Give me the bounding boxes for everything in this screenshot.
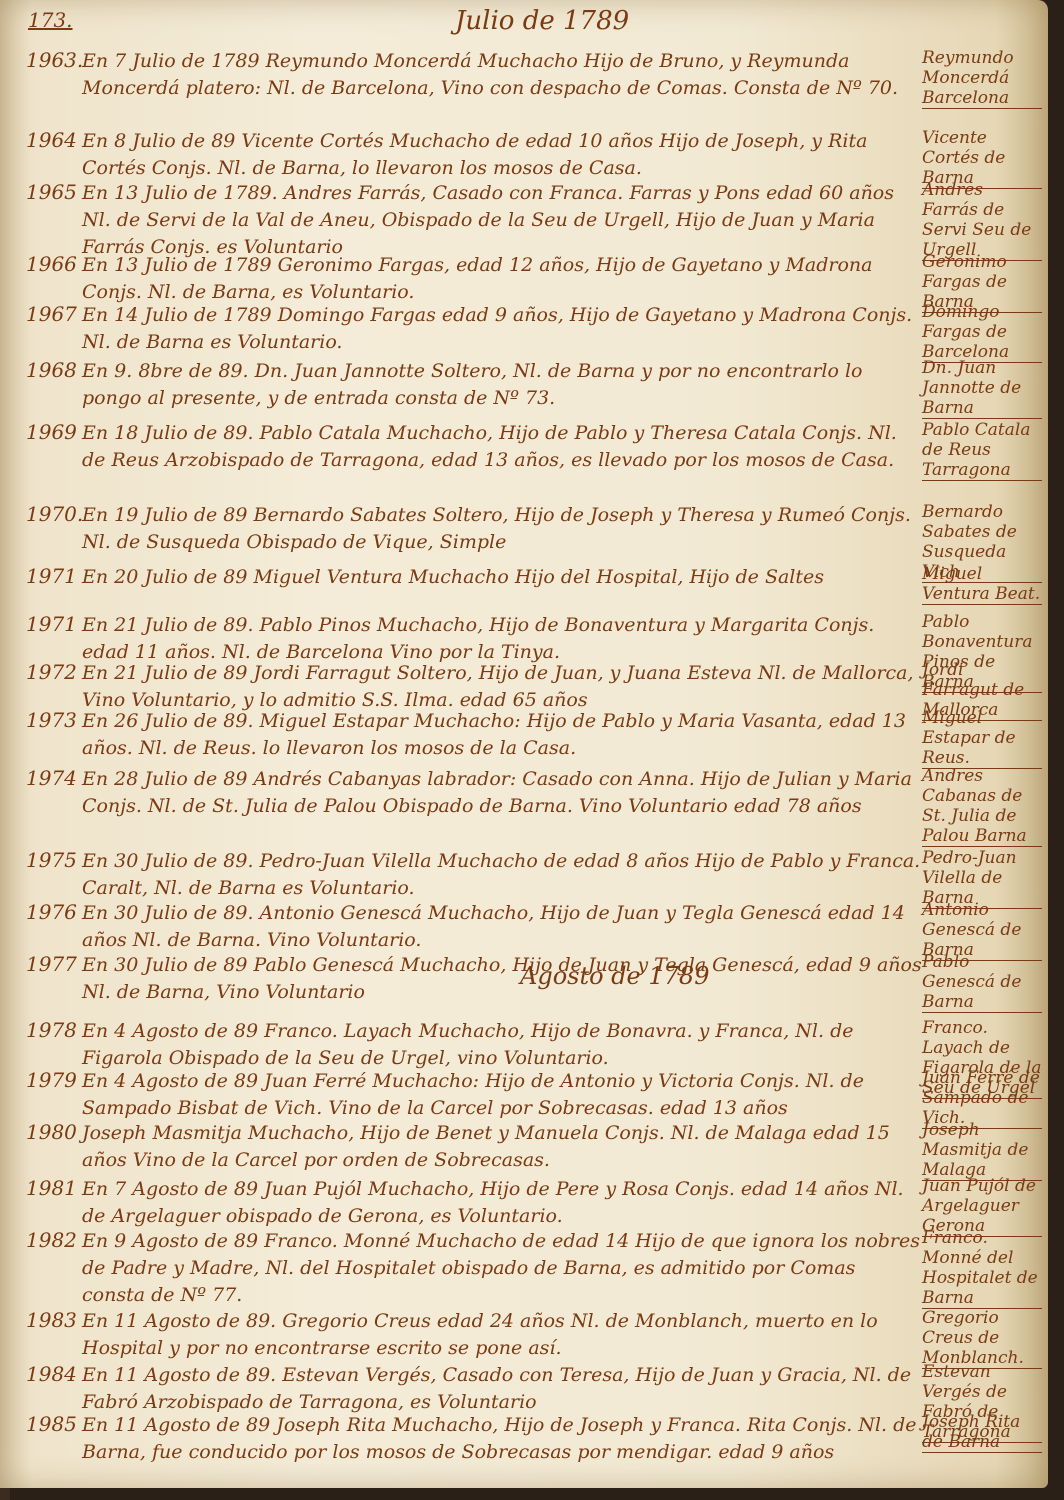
- entry-number: 1965: [26, 180, 77, 204]
- entry-number: 1970.: [26, 502, 83, 526]
- entry-number: 1971: [26, 564, 77, 588]
- margin-note: Andres Cabanas de St. Julia de Palou Bar…: [922, 766, 1042, 847]
- entry-number: 1974: [26, 766, 77, 790]
- entry-text: En 30 Julio de 89 Pablo Genescá Muchacho…: [82, 952, 922, 1006]
- entry-number: 1966: [26, 252, 77, 276]
- entry-text: En 18 Julio de 89. Pablo Catala Muchacho…: [82, 420, 922, 474]
- entry-number: 1967: [26, 302, 77, 326]
- entry-text: En 21 Julio de 89. Pablo Pinos Muchacho,…: [82, 612, 922, 666]
- entry-text: En 9. 8bre de 89. Dn. Juan Jannotte Solt…: [82, 358, 922, 412]
- margin-note: Domingo Fargas de Barcelona: [922, 302, 1042, 363]
- entry-text: En 19 Julio de 89 Bernardo Sabates Solte…: [82, 502, 922, 556]
- folio-number: 173.: [28, 8, 73, 32]
- entry-text: En 14 Julio de 1789 Domingo Fargas edad …: [82, 302, 922, 356]
- entry-text: En 13 Julio de 1789 Geronimo Fargas, eda…: [82, 252, 922, 306]
- entry-text: En 30 Julio de 89. Pedro-Juan Vilella Mu…: [82, 848, 922, 902]
- entry-text: En 28 Julio de 89 Andrés Cabanyas labrad…: [82, 766, 922, 820]
- entry-number: 1982: [26, 1228, 77, 1252]
- entry-number: 1969: [26, 420, 77, 444]
- margin-note: Pablo Genescá de Barna: [922, 952, 1042, 1013]
- entry-number: 1977: [26, 952, 77, 976]
- heading-july: Julio de 1789: [455, 6, 629, 36]
- entry-text: En 26 Julio de 89. Miguel Estapar Muchac…: [82, 708, 922, 762]
- entry-number: 1981: [26, 1176, 77, 1200]
- margin-note: Miguel Estapar de Reus.: [922, 708, 1042, 769]
- entry-text: En 4 Agosto de 89 Juan Ferré Muchacho: H…: [82, 1068, 922, 1122]
- entry-text: En 7 Julio de 1789 Reymundo Moncerdá Muc…: [82, 48, 922, 102]
- margin-note: Pablo Catala de Reus Tarragona: [922, 420, 1042, 481]
- entry-number: 1971: [26, 612, 77, 636]
- entry-number: 1968: [26, 358, 77, 382]
- entry-number: 1964: [26, 128, 77, 152]
- entry-text: En 11 Agosto de 89. Gregorio Creus edad …: [82, 1308, 922, 1362]
- entry-text: En 13 Julio de 1789. Andres Farrás, Casa…: [82, 180, 922, 261]
- entry-text: En 11 Agosto de 89 Joseph Rita Muchacho,…: [82, 1412, 922, 1466]
- entry-text: En 4 Agosto de 89 Franco. Layach Muchach…: [82, 1018, 922, 1072]
- entry-text: En 9 Agosto de 89 Franco. Monné Muchacho…: [82, 1228, 922, 1309]
- entry-text: En 11 Agosto de 89. Estevan Vergés, Casa…: [82, 1362, 922, 1416]
- margin-note: Dn. Juan Jannotte de Barna: [922, 358, 1042, 419]
- entry-number: 1983: [26, 1308, 77, 1332]
- margin-note: Joseph Masmitja de Malaga: [922, 1120, 1042, 1181]
- entry-number: 1984: [26, 1362, 77, 1386]
- entry-text: En 8 Julio de 89 Vicente Cortés Muchacho…: [82, 128, 922, 182]
- entry-number: 1975: [26, 848, 77, 872]
- entry-text: En 20 Julio de 89 Miguel Ventura Muchach…: [82, 564, 922, 591]
- entry-number: 1980: [26, 1120, 77, 1144]
- margin-note: Gregorio Creus de Monblanch.: [922, 1308, 1042, 1369]
- entry-number: 1978: [26, 1018, 77, 1042]
- entry-number: 1972: [26, 660, 77, 684]
- entry-text: En 7 Agosto de 89 Juan Pujól Muchacho, H…: [82, 1176, 922, 1230]
- entry-number: 1963.: [26, 48, 83, 72]
- entry-text: Joseph Masmitja Muchacho, Hijo de Benet …: [82, 1120, 922, 1174]
- manuscript-page: 173. Julio de 1789 Agosto de 1789 1963. …: [0, 0, 1048, 1488]
- entry-number: 1976: [26, 900, 77, 924]
- entry-number: 1985: [26, 1412, 77, 1436]
- entry-number: 1979: [26, 1068, 77, 1092]
- margin-note: Andres Farrás de Servi Seu de Urgell: [922, 180, 1042, 261]
- margin-note: Franco. Monné del Hospitalet de Barna: [922, 1228, 1042, 1309]
- margin-note: Reymundo Moncerdá Barcelona: [922, 48, 1042, 109]
- entry-text: En 30 Julio de 89. Antonio Genescá Mucha…: [82, 900, 922, 954]
- entry-text: En 21 Julio de 89 Jordi Farragut Soltero…: [82, 660, 922, 714]
- margin-note: Joseph Rita de Barna: [922, 1412, 1042, 1453]
- margin-note: Miguel Ventura Beat.: [922, 564, 1042, 605]
- entry-number: 1973: [26, 708, 77, 732]
